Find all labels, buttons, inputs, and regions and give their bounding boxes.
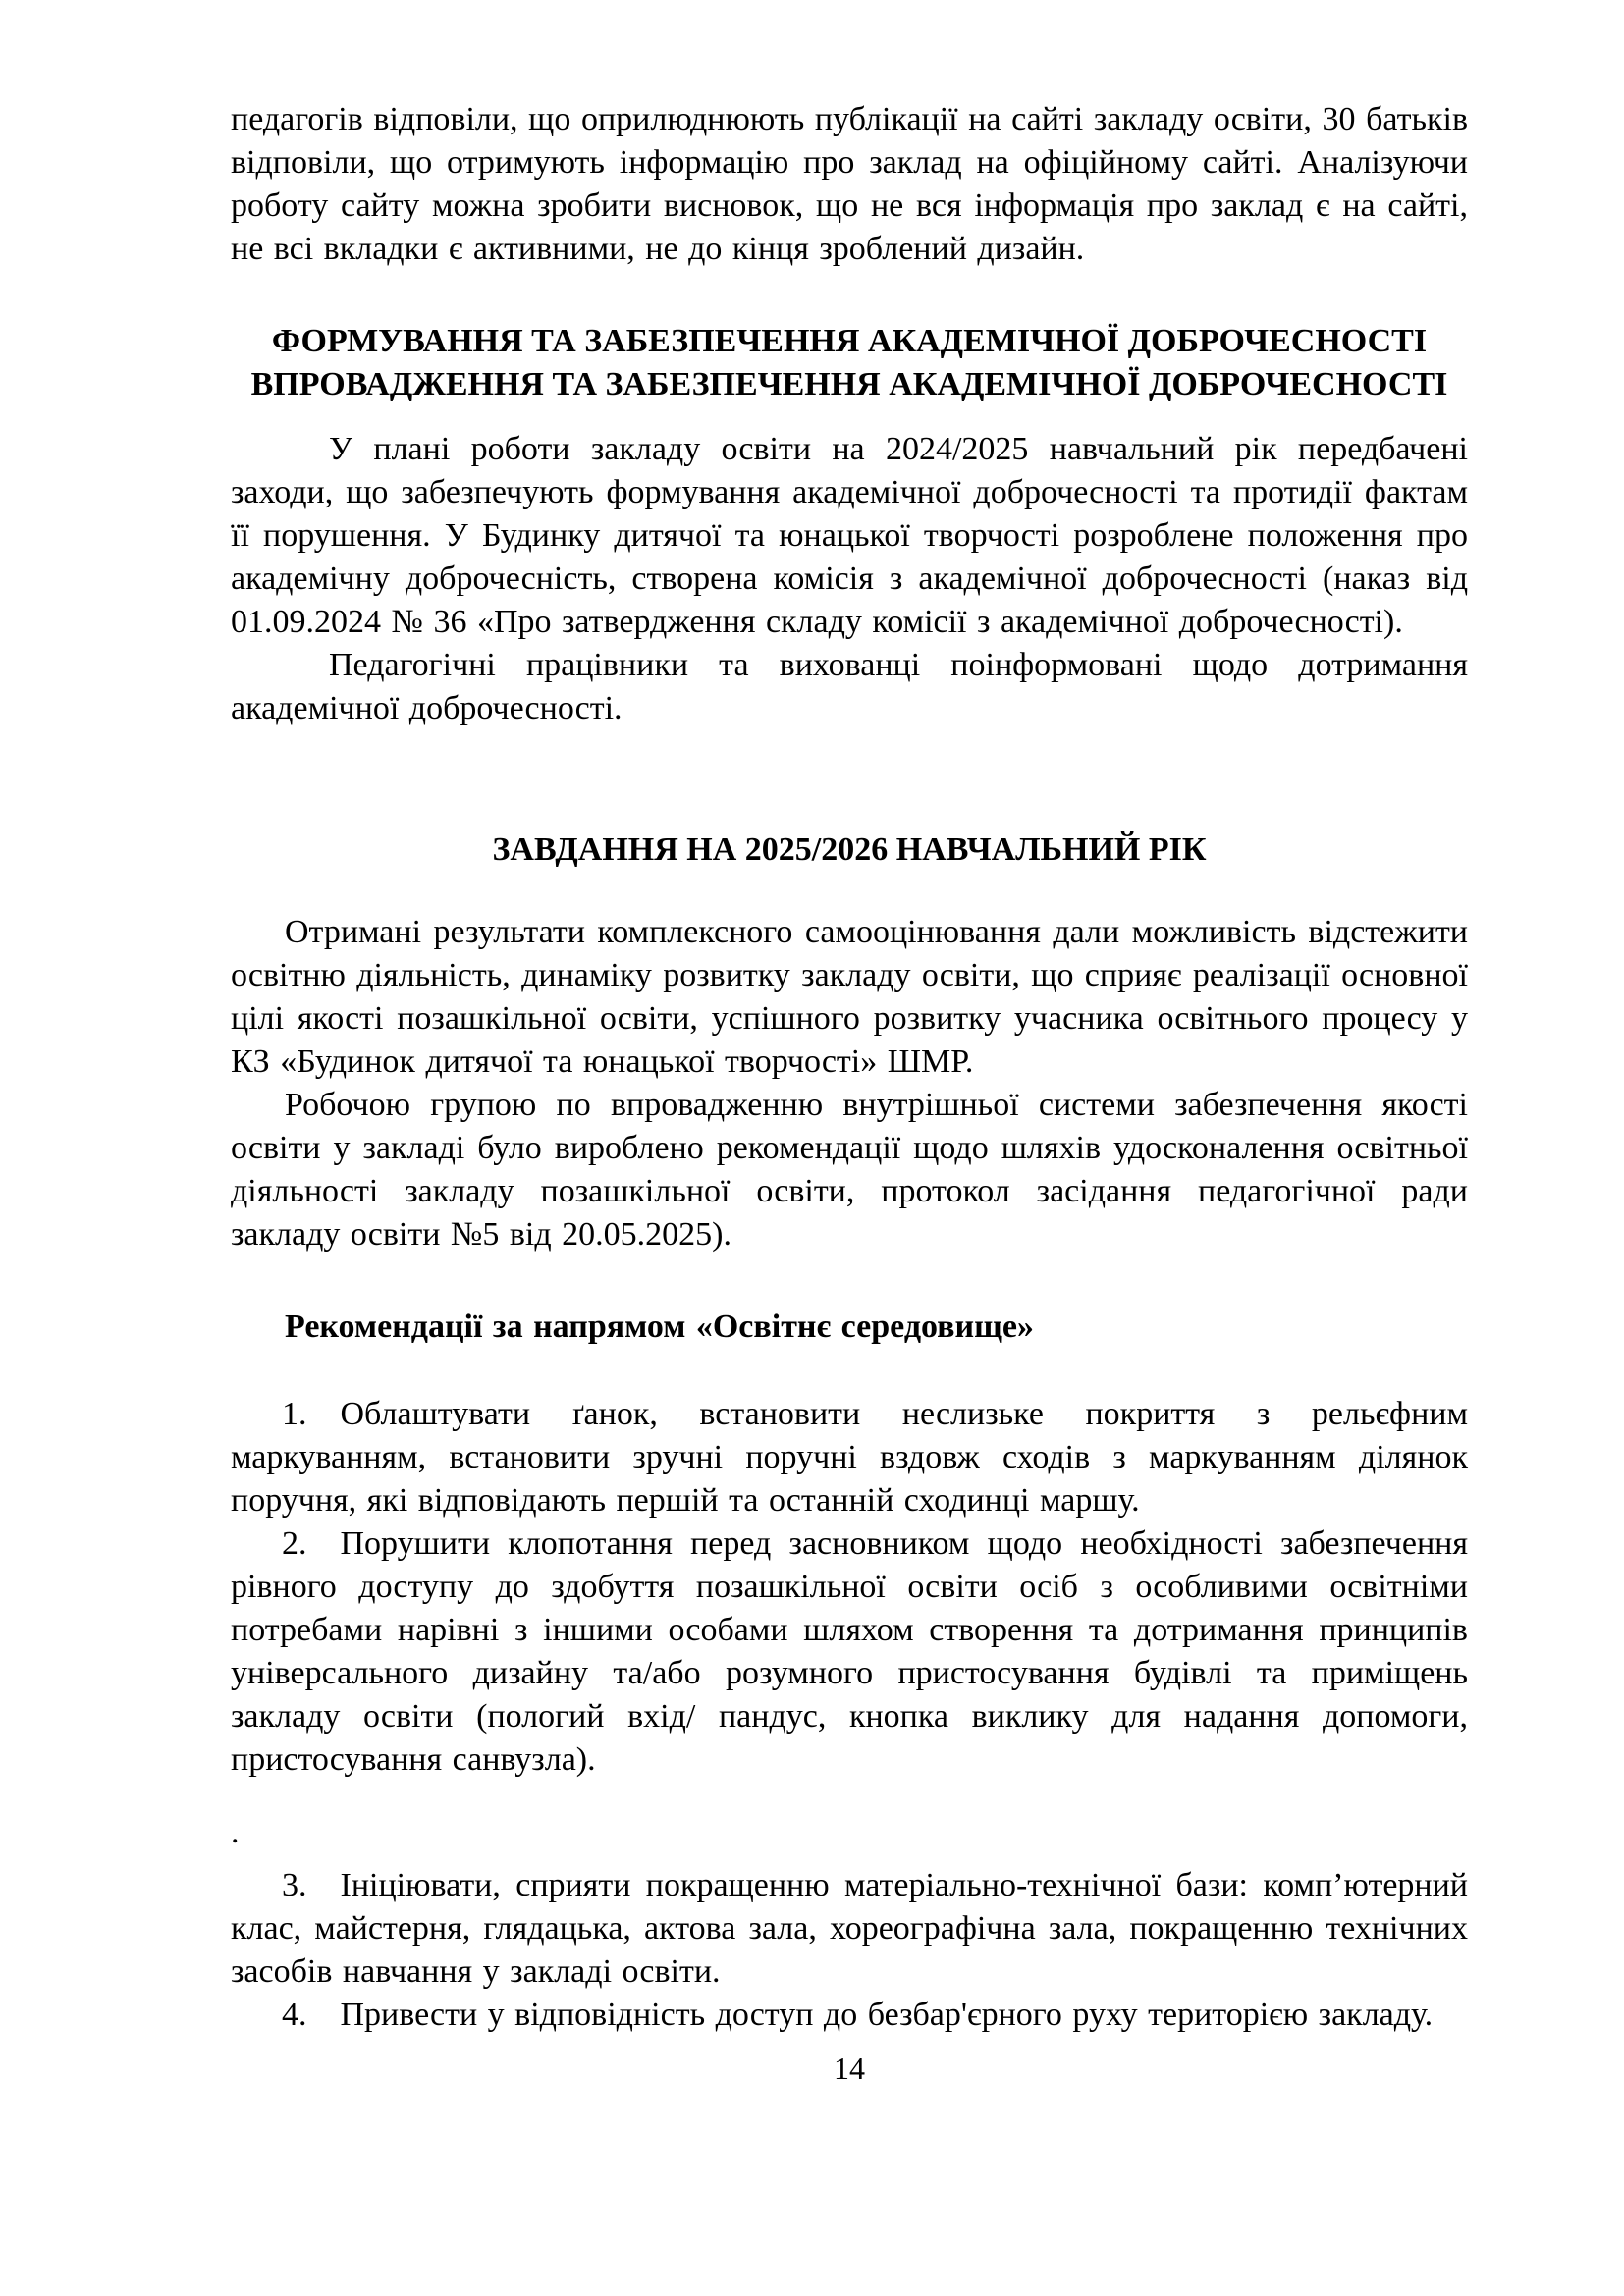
list-item-2: 2.Порушити клопотання перед засновником …	[231, 1522, 1468, 1782]
list-item-1: 1.Облаштувати ґанок, встановити неслизьк…	[231, 1393, 1468, 1522]
informed-paragraph: Педагогічні працівники та вихованці поін…	[231, 644, 1468, 730]
plan-paragraph: У плані роботи закладу освіти на 2024/20…	[231, 428, 1468, 644]
list-item-4: 4.Привести у відповідність доступ до без…	[231, 1994, 1468, 2037]
heading-academic-line-2: ВПРОВАДЖЕННЯ ТА ЗАБЕЗПЕЧЕННЯ АКАДЕМІЧНОЇ…	[231, 363, 1468, 406]
intro-paragraph: педагогів відповіли, що оприлюднюють пуб…	[231, 98, 1468, 271]
list-item-1-number: 1.	[282, 1396, 341, 1432]
list-item-1-text: Облаштувати ґанок, встановити неслизьке …	[231, 1396, 1468, 1519]
workgroup-paragraph: Робочою групою по впровадженню внутрішнь…	[231, 1084, 1468, 1256]
list-item-2-text: Порушити клопотання перед засновником що…	[231, 1525, 1468, 1778]
list-item-3-text: Ініціювати, сприяти покращенню матеріаль…	[231, 1867, 1468, 1990]
list-item-4-text: Привести у відповідність доступ до безба…	[341, 1997, 1434, 2033]
list-item-4-number: 4.	[282, 1997, 341, 2033]
list-item-3-number: 3.	[282, 1867, 341, 1903]
section-heading-tasks: ЗАВДАННЯ НА 2025/2026 НАВЧАЛЬНИЙ РІК	[231, 828, 1468, 872]
results-paragraph: Отримані результати комплексного самооці…	[231, 911, 1468, 1084]
orphan-period: .	[231, 1811, 1468, 1854]
recommendations-subheading: Рекомендації за напрямом «Освітнє середо…	[231, 1306, 1468, 1349]
list-item-3: 3.Ініціювати, сприяти покращенню матеріа…	[231, 1864, 1468, 1994]
list-item-2-number: 2.	[282, 1525, 341, 1562]
section-heading-academic-integrity: ФОРМУВАННЯ ТА ЗАБЕЗПЕЧЕННЯ АКАДЕМІЧНОЇ Д…	[231, 320, 1468, 406]
heading-academic-line-1: ФОРМУВАННЯ ТА ЗАБЕЗПЕЧЕННЯ АКАДЕМІЧНОЇ Д…	[231, 320, 1468, 363]
page-number: 14	[231, 2047, 1468, 2090]
document-page: педагогів відповіли, що оприлюднюють пуб…	[0, 0, 1624, 2296]
